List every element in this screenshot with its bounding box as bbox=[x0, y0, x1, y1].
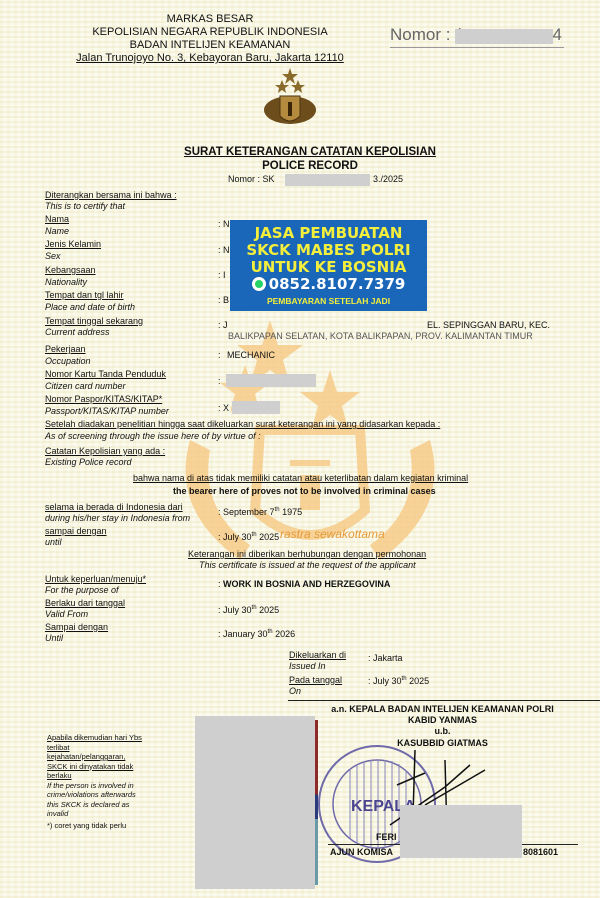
label-birth: Tempat dan tgl lahir bbox=[45, 290, 124, 301]
valid-until-id: Sampai dengan bbox=[45, 622, 108, 633]
label-passport: Nomor Paspor/KITAS/KITAP* bbox=[45, 394, 162, 405]
redacted-citizen-card bbox=[226, 374, 316, 387]
stay-until-id: sampai dengan bbox=[45, 526, 107, 537]
purpose-value: : WORK IN BOSNIA AND HERZEGOVINA bbox=[218, 579, 390, 590]
record-statement-id: bahwa nama di atas tidak memiliki catata… bbox=[133, 473, 468, 483]
signatory-nrp: 8081601 bbox=[523, 847, 558, 857]
value-passport: : X bbox=[218, 403, 229, 414]
label-name: Nama bbox=[45, 214, 69, 225]
label-occupation-en: Occupation bbox=[45, 356, 91, 367]
label-citizen-card-en: Citizen card number bbox=[45, 381, 126, 392]
label-passport-en: Passport/KITAS/KITAP number bbox=[45, 406, 169, 417]
document-number: Nomor : SK 3./2025 bbox=[228, 174, 275, 184]
validity-footnote: *) coret yang tidak perlu bbox=[47, 821, 147, 831]
issued-on-id: Pada tanggal bbox=[289, 675, 342, 685]
value-nationality: : I bbox=[218, 270, 226, 281]
valid-from-value: : July 30th 2025 bbox=[218, 603, 279, 616]
promo-banner: JASA PEMBUATAN SKCK MABES POLRI UNTUK KE… bbox=[230, 220, 427, 311]
label-occupation: Pekerjaan bbox=[45, 344, 86, 355]
value-address-tail-1: EL. SEPINGGAN BARU, KEC. bbox=[427, 320, 550, 331]
stay-from-value: : September 7th 1975 bbox=[218, 505, 302, 518]
valid-until-en: Until bbox=[45, 633, 63, 644]
value-sex: : N bbox=[218, 245, 230, 256]
purpose-en: For the purpose of bbox=[45, 585, 119, 596]
validity-note-en: If the person is involved in crime/viola… bbox=[47, 781, 147, 819]
label-nationality: Kebangsaan bbox=[45, 265, 96, 276]
redacted-photo bbox=[195, 716, 315, 889]
header-line-1: MARKAS BESAR bbox=[40, 13, 380, 26]
value-birth: : B bbox=[218, 295, 229, 306]
promo-line-1: JASA PEMBUATAN bbox=[230, 225, 427, 242]
request-en: This certificate is issued at the reques… bbox=[199, 560, 416, 570]
label-name-en: Name bbox=[45, 226, 69, 237]
signatory-name: FERI bbox=[376, 832, 397, 842]
record-id: Catatan Kepolisian yang ada : bbox=[45, 446, 165, 457]
valid-from-en: Valid From bbox=[45, 609, 88, 620]
stay-until-en: until bbox=[45, 537, 62, 548]
record-en: Existing Police record bbox=[45, 457, 132, 468]
promo-line-2: SKCK MABES POLRI bbox=[230, 242, 427, 259]
signature-line-1: a.n. KEPALA BADAN INTELIJEN KEAMANAN POL… bbox=[300, 704, 585, 715]
redacted-signatory bbox=[400, 805, 522, 858]
purpose-id: Untuk keperluan/menuju* bbox=[45, 574, 146, 585]
redacted-number-top bbox=[455, 29, 553, 44]
validity-note: Apabila dikemudian hari Ybs terlibat kej… bbox=[47, 733, 147, 830]
label-birth-en: Place and date of birth bbox=[45, 302, 135, 313]
intro-en: This is to certify that bbox=[45, 201, 125, 212]
value-name: : N bbox=[218, 219, 230, 230]
request-id: Keterangan ini diberikan berhubungan den… bbox=[188, 549, 426, 559]
redacted-document-number bbox=[285, 174, 370, 186]
signature-divider bbox=[288, 700, 600, 701]
issued-at-id: Dikeluarkan di bbox=[289, 650, 346, 660]
header-line-3: BADAN INTELIJEN KEAMANAN bbox=[40, 39, 380, 52]
header-address: Jalan Trunojoyo No. 3, Kebayoran Baru, J… bbox=[40, 52, 380, 65]
header-line-2: KEPOLISIAN NEGARA REPUBLIK INDONESIA bbox=[40, 26, 380, 39]
label-sex: Jenis Kelamin bbox=[45, 239, 101, 250]
signature-line-2: KABID YANMAS bbox=[300, 715, 585, 726]
redacted-passport bbox=[232, 401, 280, 414]
svg-text:rastra sewakottama: rastra sewakottama bbox=[280, 527, 385, 541]
stay-from-id: selama ia berada di Indonesia dari bbox=[45, 502, 183, 513]
signatory-rank: AJUN KOMISA bbox=[330, 847, 393, 857]
validity-note-id: Apabila dikemudian hari Ybs terlibat kej… bbox=[47, 733, 147, 781]
screening-en: As of screening through the issue here o… bbox=[45, 431, 261, 442]
screening-id: Setelah diadakan penelitian hingga saat … bbox=[45, 419, 440, 430]
document-subtitle: POLICE RECORD bbox=[150, 160, 470, 172]
value-occupation: : MECHANIC bbox=[218, 350, 275, 361]
issued-on-value: : July 30th 2025 bbox=[368, 676, 429, 686]
document-title: SURAT KETERANGAN CATATAN KEPOLISIAN bbox=[150, 146, 470, 158]
promo-line-3: UNTUK KE BOSNIA bbox=[230, 259, 427, 276]
police-emblem-icon bbox=[262, 68, 318, 126]
signature-line-3: u.b. bbox=[300, 726, 585, 737]
value-citizen-card: : bbox=[218, 376, 221, 387]
label-address: Tempat tinggal sekarang bbox=[45, 316, 143, 327]
value-address-tail-2: BALIKPAPAN SELATAN, KOTA BALIKPAPAN, PRO… bbox=[228, 331, 533, 342]
issued-at-en: Issued In bbox=[289, 661, 326, 671]
label-citizen-card: Nomor Kartu Tanda Penduduk bbox=[45, 369, 166, 380]
label-address-en: Current address bbox=[45, 327, 110, 338]
police-emblem-watermark-icon: rastra sewakottama bbox=[150, 310, 470, 580]
stay-until-value: : July 30th 2025 bbox=[218, 530, 279, 543]
label-nationality-en: Nationality bbox=[45, 277, 87, 288]
issued-on-en: On bbox=[289, 686, 301, 696]
record-statement-en: the bearer here of proves not to be invo… bbox=[173, 486, 436, 496]
value-address: : J bbox=[218, 320, 228, 331]
promo-payment: PEMBAYARAN SETELAH JADI bbox=[230, 296, 427, 306]
valid-from-id: Berlaku dari tanggal bbox=[45, 598, 125, 609]
intro-id: Diterangkan bersama ini bahwa : bbox=[45, 190, 177, 201]
valid-until-value: : January 30th 2026 bbox=[218, 627, 295, 640]
promo-phone[interactable]: 0852.8107.7379 bbox=[230, 276, 427, 293]
police-record-document: rastra sewakottama MARKAS BESAR KEPOLISI… bbox=[0, 0, 600, 898]
issued-at-value: : Jakarta bbox=[368, 653, 403, 663]
label-sex-en: Sex bbox=[45, 251, 61, 262]
stay-from-en: during his/her stay in Indonesia from bbox=[45, 513, 190, 524]
whatsapp-icon bbox=[252, 277, 266, 291]
